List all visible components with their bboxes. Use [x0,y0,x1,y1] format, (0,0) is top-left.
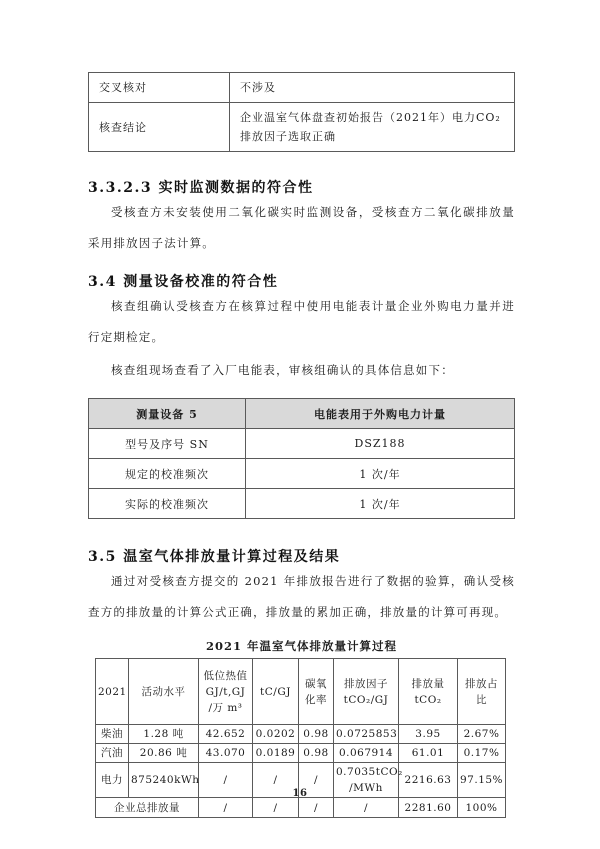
header-cell: 电能表用于外购电力计量 [246,399,515,429]
cell: / [253,798,299,818]
row-value: 1 次/年 [246,489,515,519]
cell: 汽油 [96,744,129,763]
cell: / [299,798,334,818]
cell: 61.01 [399,744,458,763]
header-cell: 活动水平 [129,659,199,725]
header-cell: 低位热值 GJ/t,GJ /万 m³ [199,659,253,725]
cell: 1.28 吨 [129,725,199,744]
cell: 0.0725853 [334,725,399,744]
document-page: 交叉核对 不涉及 核查结论 企业温室气体盘查初始报告（2021年）电力CO₂排放… [0,0,600,849]
cell: 0.067914 [334,744,399,763]
paragraph: 核查组现场查看了入厂电能表，审核组确认的具体信息如下： [88,355,515,386]
cell: 柴油 [96,725,129,744]
cell: 3.95 [399,725,458,744]
table-row: 实际的校准频次 1 次/年 [89,489,515,519]
table-row: 交叉核对 不涉及 [89,73,515,103]
row-label: 核查结论 [89,103,230,152]
table-header-row: 测量设备 5 电能表用于外购电力计量 [89,399,515,429]
table-row: 核查结论 企业温室气体盘查初始报告（2021年）电力CO₂排放因子选取正确 [89,103,515,152]
cell: 0.0189 [253,744,299,763]
table-row-total: 企业总排放量 / / / / 2281.60 100% [96,798,506,818]
row-value: DSZ188 [246,429,515,459]
cell: 0.17% [458,744,506,763]
table-row: 规定的校准频次 1 次/年 [89,459,515,489]
table-header-row: 2021 活动水平 低位热值 GJ/t,GJ /万 m³ tC/GJ 碳氧 化率… [96,659,506,725]
table-row-diesel: 柴油 1.28 吨 42.652 0.0202 0.98 0.0725853 3… [96,725,506,744]
row-value: 不涉及 [230,73,515,103]
measurement-device-table: 测量设备 5 电能表用于外购电力计量 型号及序号 SN DSZ188 规定的校准… [88,398,515,519]
header-cell: 2021 [96,659,129,725]
row-value: 1 次/年 [246,459,515,489]
paragraph: 受核查方未安装使用二氧化碳实时监测设备，受核查方二氧化碳排放量采用排放因子法计算… [88,197,515,259]
table-row-gasoline: 汽油 20.86 吨 43.070 0.0189 0.98 0.067914 6… [96,744,506,763]
cell: / [199,798,253,818]
header-cell: 排放占 比 [458,659,506,725]
row-label: 型号及序号 SN [89,429,246,459]
page-number: 16 [0,788,600,799]
header-cell: 测量设备 5 [89,399,246,429]
header-cell: tC/GJ [253,659,299,725]
cell: 0.98 [299,725,334,744]
cross-check-table: 交叉核对 不涉及 核查结论 企业温室气体盘查初始报告（2021年）电力CO₂排放… [88,72,515,152]
header-cell: 碳氧 化率 [299,659,334,725]
cell: 0.0202 [253,725,299,744]
row-label: 交叉核对 [89,73,230,103]
cell: 2.67% [458,725,506,744]
section-heading-3-5: 3.5 温室气体排放量计算过程及结果 [88,546,515,566]
cell: 0.98 [299,744,334,763]
row-value: 企业温室气体盘查初始报告（2021年）电力CO₂排放因子选取正确 [230,103,515,152]
cell: 100% [458,798,506,818]
calc-table-title: 2021 年温室气体排放量计算过程 [88,638,515,654]
section-heading-3-4: 3.4 测量设备校准的符合性 [88,271,515,291]
header-cell: 排放因子 tCO₂/GJ [334,659,399,725]
section-heading-3-3-2-3: 3.3.2.3 实时监测数据的符合性 [88,177,515,197]
paragraph: 通过对受核查方提交的 2021 年排放报告进行了数据的验算，确认受核查方的排放量… [88,566,515,628]
row-label: 规定的校准频次 [89,459,246,489]
cell: 2281.60 [399,798,458,818]
header-cell: 排放量 tCO₂ [399,659,458,725]
table-row: 型号及序号 SN DSZ188 [89,429,515,459]
row-label: 实际的校准频次 [89,489,246,519]
cell: 42.652 [199,725,253,744]
cell: 43.070 [199,744,253,763]
cell: 20.86 吨 [129,744,199,763]
paragraph: 核查组确认受核查方在核算过程中使用电能表计量企业外购电力量并进行定期检定。 [88,291,515,353]
total-label-cell: 企业总排放量 [96,798,199,818]
cell: / [334,798,399,818]
